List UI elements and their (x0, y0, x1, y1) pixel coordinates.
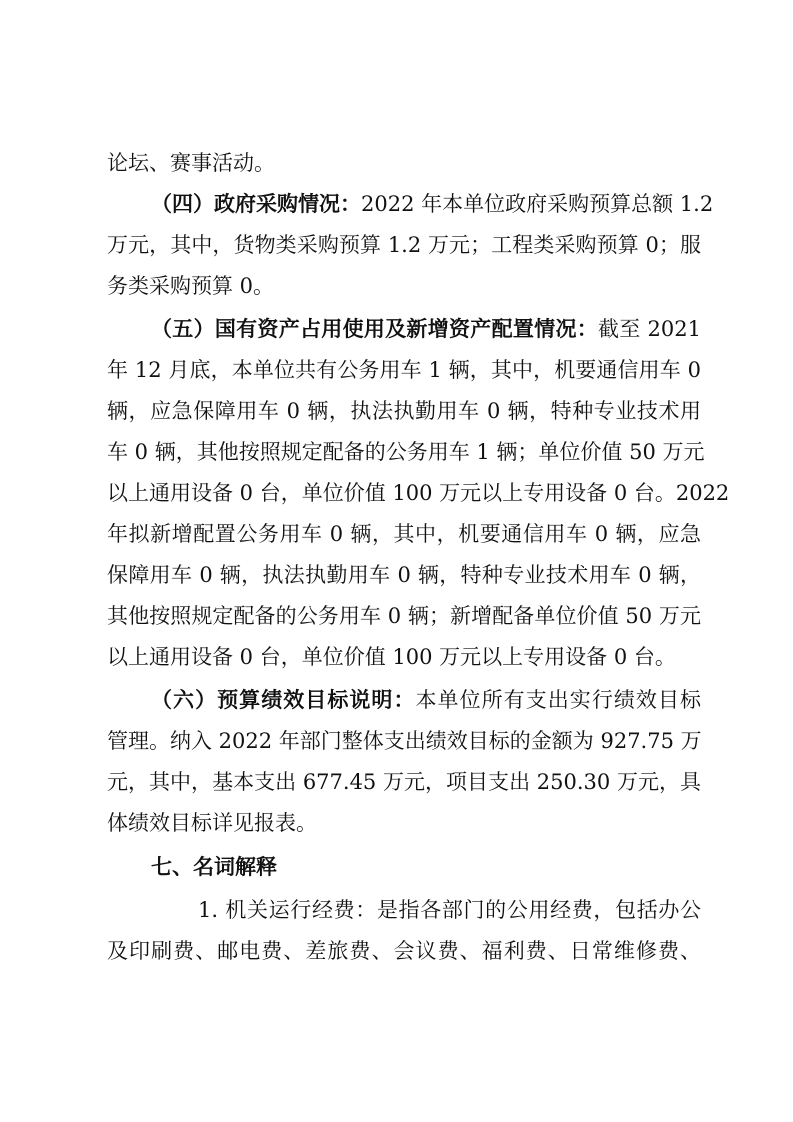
text-line: 论坛、赛事活动。 (107, 143, 701, 183)
text-line: 及印刷费、邮电费、差旅费、会议费、福利费、日常维修费、 (107, 931, 701, 971)
text-line: 其他按照规定配备的公务用车 0 辆；新增配备单位价值 50 万元 (107, 596, 701, 636)
section-heading: （六）预算绩效目标说明： (151, 688, 416, 712)
text-line: 年拟新增配置公务用车 0 辆，其中，机要通信用车 0 辆，应急 (107, 514, 701, 554)
text-line: 辆，应急保障用车 0 辆，执法执勤用车 0 辆，特种专业技术用 (107, 391, 701, 431)
section-6-performance: （六）预算绩效目标说明：本单位所有支出实行绩效目标 (151, 680, 701, 720)
glossary-item-1: 1. 机关运行经费：是指各部门的公用经费，包括办公 (198, 890, 701, 930)
document-page: 论坛、赛事活动。 （四）政府采购情况：2022 年本单位政府采购预算总额 1.2… (0, 0, 793, 1122)
section-5-assets: （五）国有资产占用使用及新增资产配置情况：截至 2021 (151, 309, 701, 349)
section-heading: （四）政府采购情况： (151, 192, 361, 216)
text-line: 万元，其中，货物类采购预算 1.2 万元；工程类采购预算 0；服 (107, 225, 701, 265)
text-line: 以上通用设备 0 台，单位价值 100 万元以上专用设备 0 台。 (107, 637, 701, 677)
chapter-heading-glossary: 七、名词解释 (151, 847, 701, 887)
text-line: 车 0 辆，其他按照规定配备的公务用车 1 辆；单位价值 50 万元 (107, 432, 701, 472)
text-line: 体绩效目标详见报表。 (107, 803, 701, 843)
text-line: 保障用车 0 辆，执法执勤用车 0 辆，特种专业技术用车 0 辆， (107, 555, 701, 595)
text-line: 年 12 月底，本单位共有公务用车 1 辆，其中，机要通信用车 0 (107, 350, 701, 390)
section-text: 2022 年本单位政府采购预算总额 1.2 (361, 192, 713, 216)
section-text: 本单位所有支出实行绩效目标 (416, 688, 702, 712)
text-line: 管理。纳入 2022 年部门整体支出绩效目标的金额为 927.75 万 (107, 721, 701, 761)
text-line: 以上通用设备 0 台，单位价值 100 万元以上专用设备 0 台。2022 (107, 473, 701, 513)
section-text: 截至 2021 (598, 317, 701, 341)
text-line: 元，其中，基本支出 677.45 万元，项目支出 250.30 万元，具 (107, 762, 701, 802)
section-4-procurement: （四）政府采购情况：2022 年本单位政府采购预算总额 1.2 (151, 184, 701, 224)
text-line: 务类采购预算 0。 (107, 266, 701, 306)
section-heading: （五）国有资产占用使用及新增资产配置情况： (151, 317, 598, 341)
